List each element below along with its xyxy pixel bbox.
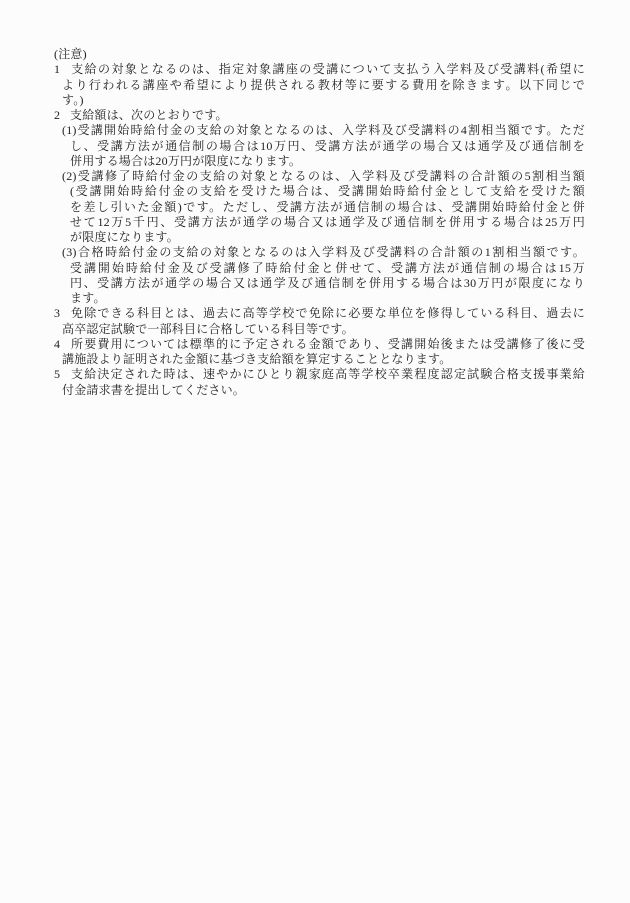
item-2-line-1: 2支給額は、次のとおりです。: [54, 108, 585, 123]
notice-heading: (注意): [54, 47, 585, 62]
item-5-number: 5: [54, 367, 70, 382]
item-2-number: 2: [54, 108, 70, 123]
item-3-number: 3: [54, 306, 70, 321]
subitem-3-line-3: 円、受講方法が通学の場合又は通学及び通信制を併用する場合は30万円が限度になり: [70, 276, 585, 291]
item-1-text: 支給の対象となるのは、指定対象講座の受講について支払う入学料及び受講料(希望に: [70, 62, 585, 76]
subitem-2-line-5: が限度になります。: [70, 230, 585, 245]
item-1-line-2: より行われる講座や希望により提供される教材等に要する費用を除きます。以下同じで: [62, 78, 585, 93]
item-3-text: 免除できる科目とは、過去に高等学校で免除に必要な単位を修得している科目、過去に: [70, 306, 585, 320]
subitem-3-line-4: ます。: [70, 291, 585, 306]
subitem-3-line-1: (3)合格時給付金の支給の対象となるのは入学料及び受講料の合計額の1割相当額です…: [62, 245, 585, 260]
item-4-number: 4: [54, 337, 70, 352]
subitem-2-line-2: (受講開始時給付金の支給を受けた場合は、受講開始時給付金として支給を受けた額: [70, 184, 585, 199]
item-4-text: 所要費用については標準的に予定される金額であり、受講開始後または受講修了後に受: [70, 337, 585, 351]
item-1-line-3: す。): [62, 93, 585, 108]
item-5-line-2: 付金請求書を提出してください。: [62, 383, 585, 398]
subitem-2-line-4: せて12万5千円、受講方法が通学の場合又は通学及び通信制を併用する場合は25万円: [70, 215, 585, 230]
subitem-2-line-1: (2)受講修了時給付金の支給の対象となるのは、入学料及び受講料の合計額の5割相当…: [62, 169, 585, 184]
subitem-3-line-2: 受講開始時給付金及び受講修了時給付金と併せて、受講方法が通信制の場合は15万: [70, 261, 585, 276]
document-page: (注意) 1支給の対象となるのは、指定対象講座の受講について支払う入学料及び受講…: [0, 0, 630, 903]
item-1-line-1: 1支給の対象となるのは、指定対象講座の受講について支払う入学料及び受講料(希望に: [54, 62, 585, 77]
item-3-line-1: 3免除できる科目とは、過去に高等学校で免除に必要な単位を修得している科目、過去に: [54, 306, 585, 321]
item-4-line-2: 講施設より証明された金額に基づき支給額を算定することとなります。: [62, 352, 585, 367]
subitem-2-line-3: を差し引いた金額)です。ただし、受講方法が通信制の場合は、受講開始時給付金と併: [70, 200, 585, 215]
subitem-1-line-1: (1)受講開始時給付金の支給の対象となるのは、入学料及び受講料の4割相当額です。…: [62, 123, 585, 138]
item-2-text: 支給額は、次のとおりです。: [70, 108, 228, 122]
item-1-number: 1: [54, 62, 70, 77]
subitem-1-line-2: し、受講方法が通信制の場合は10万円、受講方法が通学の場合又は通学及び通信制を: [70, 139, 585, 154]
item-3-line-2: 高卒認定試験で一部科目に合格している科目等です。: [62, 322, 585, 337]
subitem-1-line-3: 併用する場合は20万円が限度になります。: [70, 154, 585, 169]
item-5-text: 支給決定された時は、速やかにひとり親家庭高等学校卒業程度認定試験合格支援事業給: [70, 367, 585, 381]
item-4-line-1: 4所要費用については標準的に予定される金額であり、受講開始後または受講修了後に受: [54, 337, 585, 352]
item-5-line-1: 5支給決定された時は、速やかにひとり親家庭高等学校卒業程度認定試験合格支援事業給: [54, 367, 585, 382]
